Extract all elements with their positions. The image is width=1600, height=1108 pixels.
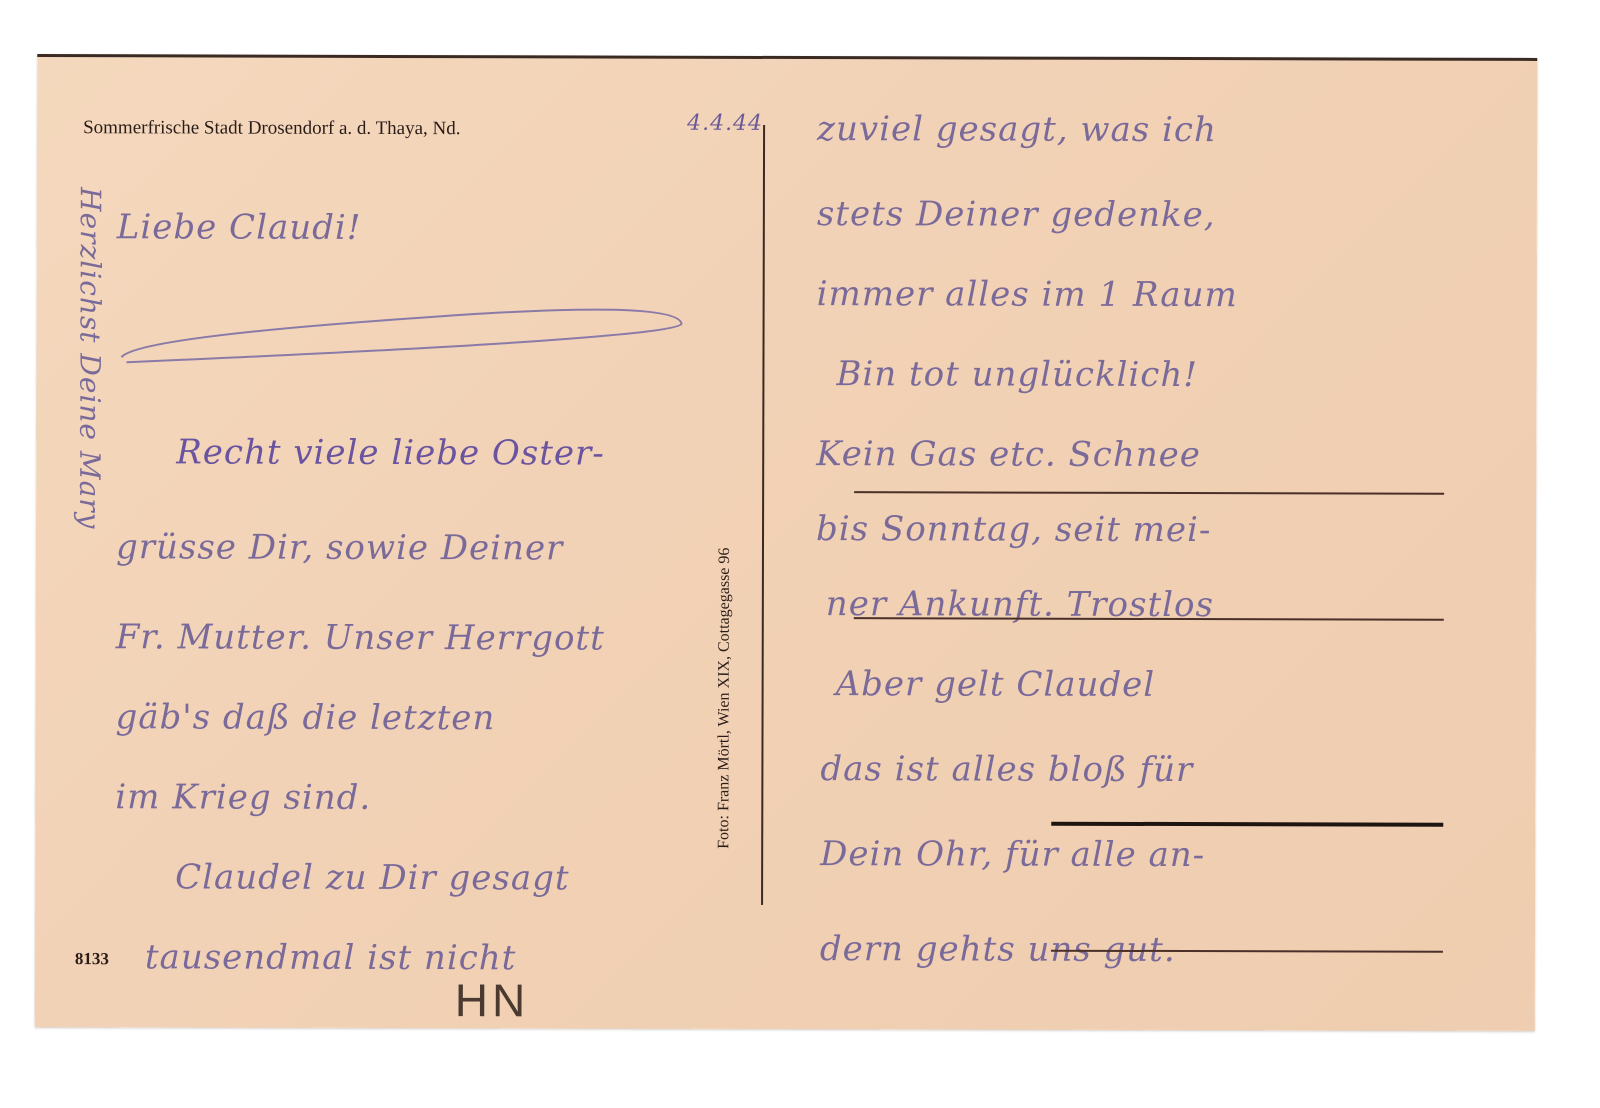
postcard: Sommerfrische Stadt Drosendorf a. d. Tha…: [35, 54, 1538, 1031]
left-line-3: Fr. Mutter. Unser Herrgott: [116, 617, 605, 658]
margin-note: Herzlichst Deine Mary: [73, 187, 107, 529]
handwritten-date: 4.4.44: [687, 111, 763, 136]
greeting: Liebe Claudi!: [117, 207, 362, 248]
left-line-5: im Krieg sind.: [115, 777, 371, 818]
right-line-5: Kein Gas etc. Schnee: [816, 434, 1201, 475]
stamp-initials: HN: [455, 973, 530, 1027]
left-line-1: Recht viele liebe Oster-: [176, 432, 605, 473]
right-line-1: zuviel gesagt, was ich: [817, 109, 1217, 150]
center-divider: [761, 125, 765, 905]
left-line-4: gäb's daß die letzten: [115, 697, 495, 738]
right-line-6: bis Sonntag, seit mei-: [816, 509, 1212, 550]
address-line-1: [854, 491, 1444, 494]
right-line-10: Dein Ohr, für alle an-: [820, 834, 1205, 875]
right-line-9: das ist alles bloß für: [820, 749, 1193, 790]
left-line-6: Claudel zu Dir gesagt: [175, 857, 570, 898]
left-line-2: grüsse Dir, sowie Deiner: [116, 527, 563, 568]
left-line-7: tausendmal ist nicht: [145, 937, 517, 978]
printed-header: Sommerfrische Stadt Drosendorf a. d. Tha…: [83, 117, 461, 140]
right-line-2: stets Deiner gedenke,: [817, 194, 1216, 235]
address-line-3: [1051, 822, 1443, 827]
photo-credit: Foto: Franz Mörtl, Wien XIX, Cottagegass…: [715, 548, 734, 849]
card-number: 8133: [75, 949, 109, 969]
right-line-8: Aber gelt Claudel: [836, 664, 1156, 705]
right-line-3: immer alles im 1 Raum: [817, 274, 1238, 315]
underline-swoosh-icon: [116, 277, 686, 368]
right-line-4: Bin tot unglücklich!: [836, 354, 1198, 395]
